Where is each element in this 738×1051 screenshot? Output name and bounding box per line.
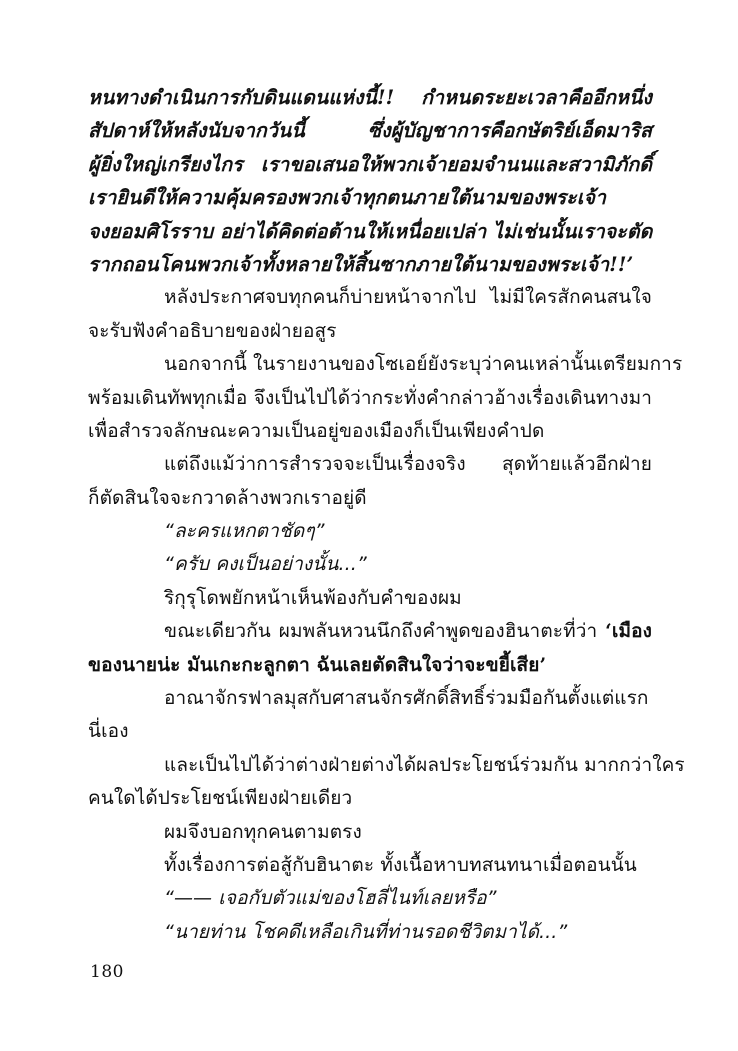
paragraph-line: นอกจากนี้ ในรายงานของโซเอย์ยังระบุว่าคนเ… xyxy=(88,348,652,381)
paragraph-line-with-quote: ขณะเดียวกัน ผมพลันหวนนึกถึงคำพูดของฮินาต… xyxy=(88,615,652,648)
proclamation-line-4: เรายินดีให้ความคุ้มครองพวกเจ้าทุกตนภายใต… xyxy=(88,181,652,214)
paragraph-line: ริกุรุโดพยักหน้าเห็นพ้องกับคำของผม xyxy=(88,582,652,615)
paragraph-line: คนใดได้ประโยชน์เพียงฝ่ายเดียว xyxy=(88,782,652,815)
paragraph-line: ก็ตัดสินใจจะกวาดล้างพวกเราอยู่ดี xyxy=(88,482,652,515)
proclamation-line-1: หนทางดำเนินการกับดินแดนแห่งนี้!! กำหนดระ… xyxy=(88,81,652,114)
paragraph-line: เพื่อสำรวจลักษณะความเป็นอยู่ของเมืองก็เป… xyxy=(88,415,652,448)
paragraph-line: แต่ถึงแม้ว่าการสำรวจจะเป็นเรื่องจริง สุด… xyxy=(88,448,652,481)
paragraph-line: และเป็นไปได้ว่าต่างฝ่ายต่างได้ผลประโยชน์… xyxy=(88,749,652,782)
paragraph-line: จะรับฟังคำอธิบายของฝ่ายอสูร xyxy=(88,315,652,348)
bold-quote-start: ‘เมือง xyxy=(605,620,652,642)
dialogue-line: “นายท่าน โชคดีเหลือเกินที่ท่านรอดชีวิตมา… xyxy=(88,916,652,949)
paragraph-line: อาณาจักรฟาลมุสกับศาสนจักรศักดิ์สิทธิ์ร่ว… xyxy=(88,682,652,715)
book-page-body: หนทางดำเนินการกับดินแดนแห่งนี้!! กำหนดระ… xyxy=(88,81,652,949)
paragraph-line: หลังประกาศจบทุกคนก็บ่ายหน้าจากไป ไม่มีใค… xyxy=(88,281,652,314)
proclamation-line-3: ผู้ยิ่งใหญ่เกรียงไกร เราขอเสนอให้พวกเจ้า… xyxy=(88,148,652,181)
page-number: 180 xyxy=(90,962,124,982)
dialogue-line: “ละครแหกตาชัดๆ” xyxy=(88,515,652,548)
paragraph-line: ทั้งเรื่องการต่อสู้กับฮินาตะ ทั้งเนื้อหา… xyxy=(88,849,652,882)
paragraph-line: ผมจึงบอกทุกคนตามตรง xyxy=(88,816,652,849)
bold-quote-line: ของนายน่ะ มันเกะกะลูกตา ฉันเลยตัดสินใจว่… xyxy=(88,649,652,682)
paragraph-text: ขณะเดียวกัน ผมพลันหวนนึกถึงคำพูดของฮินาต… xyxy=(164,620,597,642)
proclamation-line-2: สัปดาห์ให้หลังนับจากวันนี้ ซึ่งผู้บัญชาก… xyxy=(88,114,652,147)
paragraph-line: พร้อมเดินทัพทุกเมื่อ จึงเป็นไปได้ว่ากระท… xyxy=(88,382,652,415)
dialogue-line: “ครับ คงเป็นอย่างนั้น...” xyxy=(88,548,652,581)
paragraph-line: นี่เอง xyxy=(88,715,652,748)
proclamation-line-5: จงยอมศิโรราบ อย่าได้คิดต่อต้านให้เหนื่อย… xyxy=(88,215,652,248)
dialogue-line: “—— เจอกับตัวแม่ของโฮลี่ไนท์เลยหรือ” xyxy=(88,882,652,915)
proclamation-line-6: รากถอนโคนพวกเจ้าทั้งหลายให้สิ้นซากภายใต้… xyxy=(88,248,652,281)
